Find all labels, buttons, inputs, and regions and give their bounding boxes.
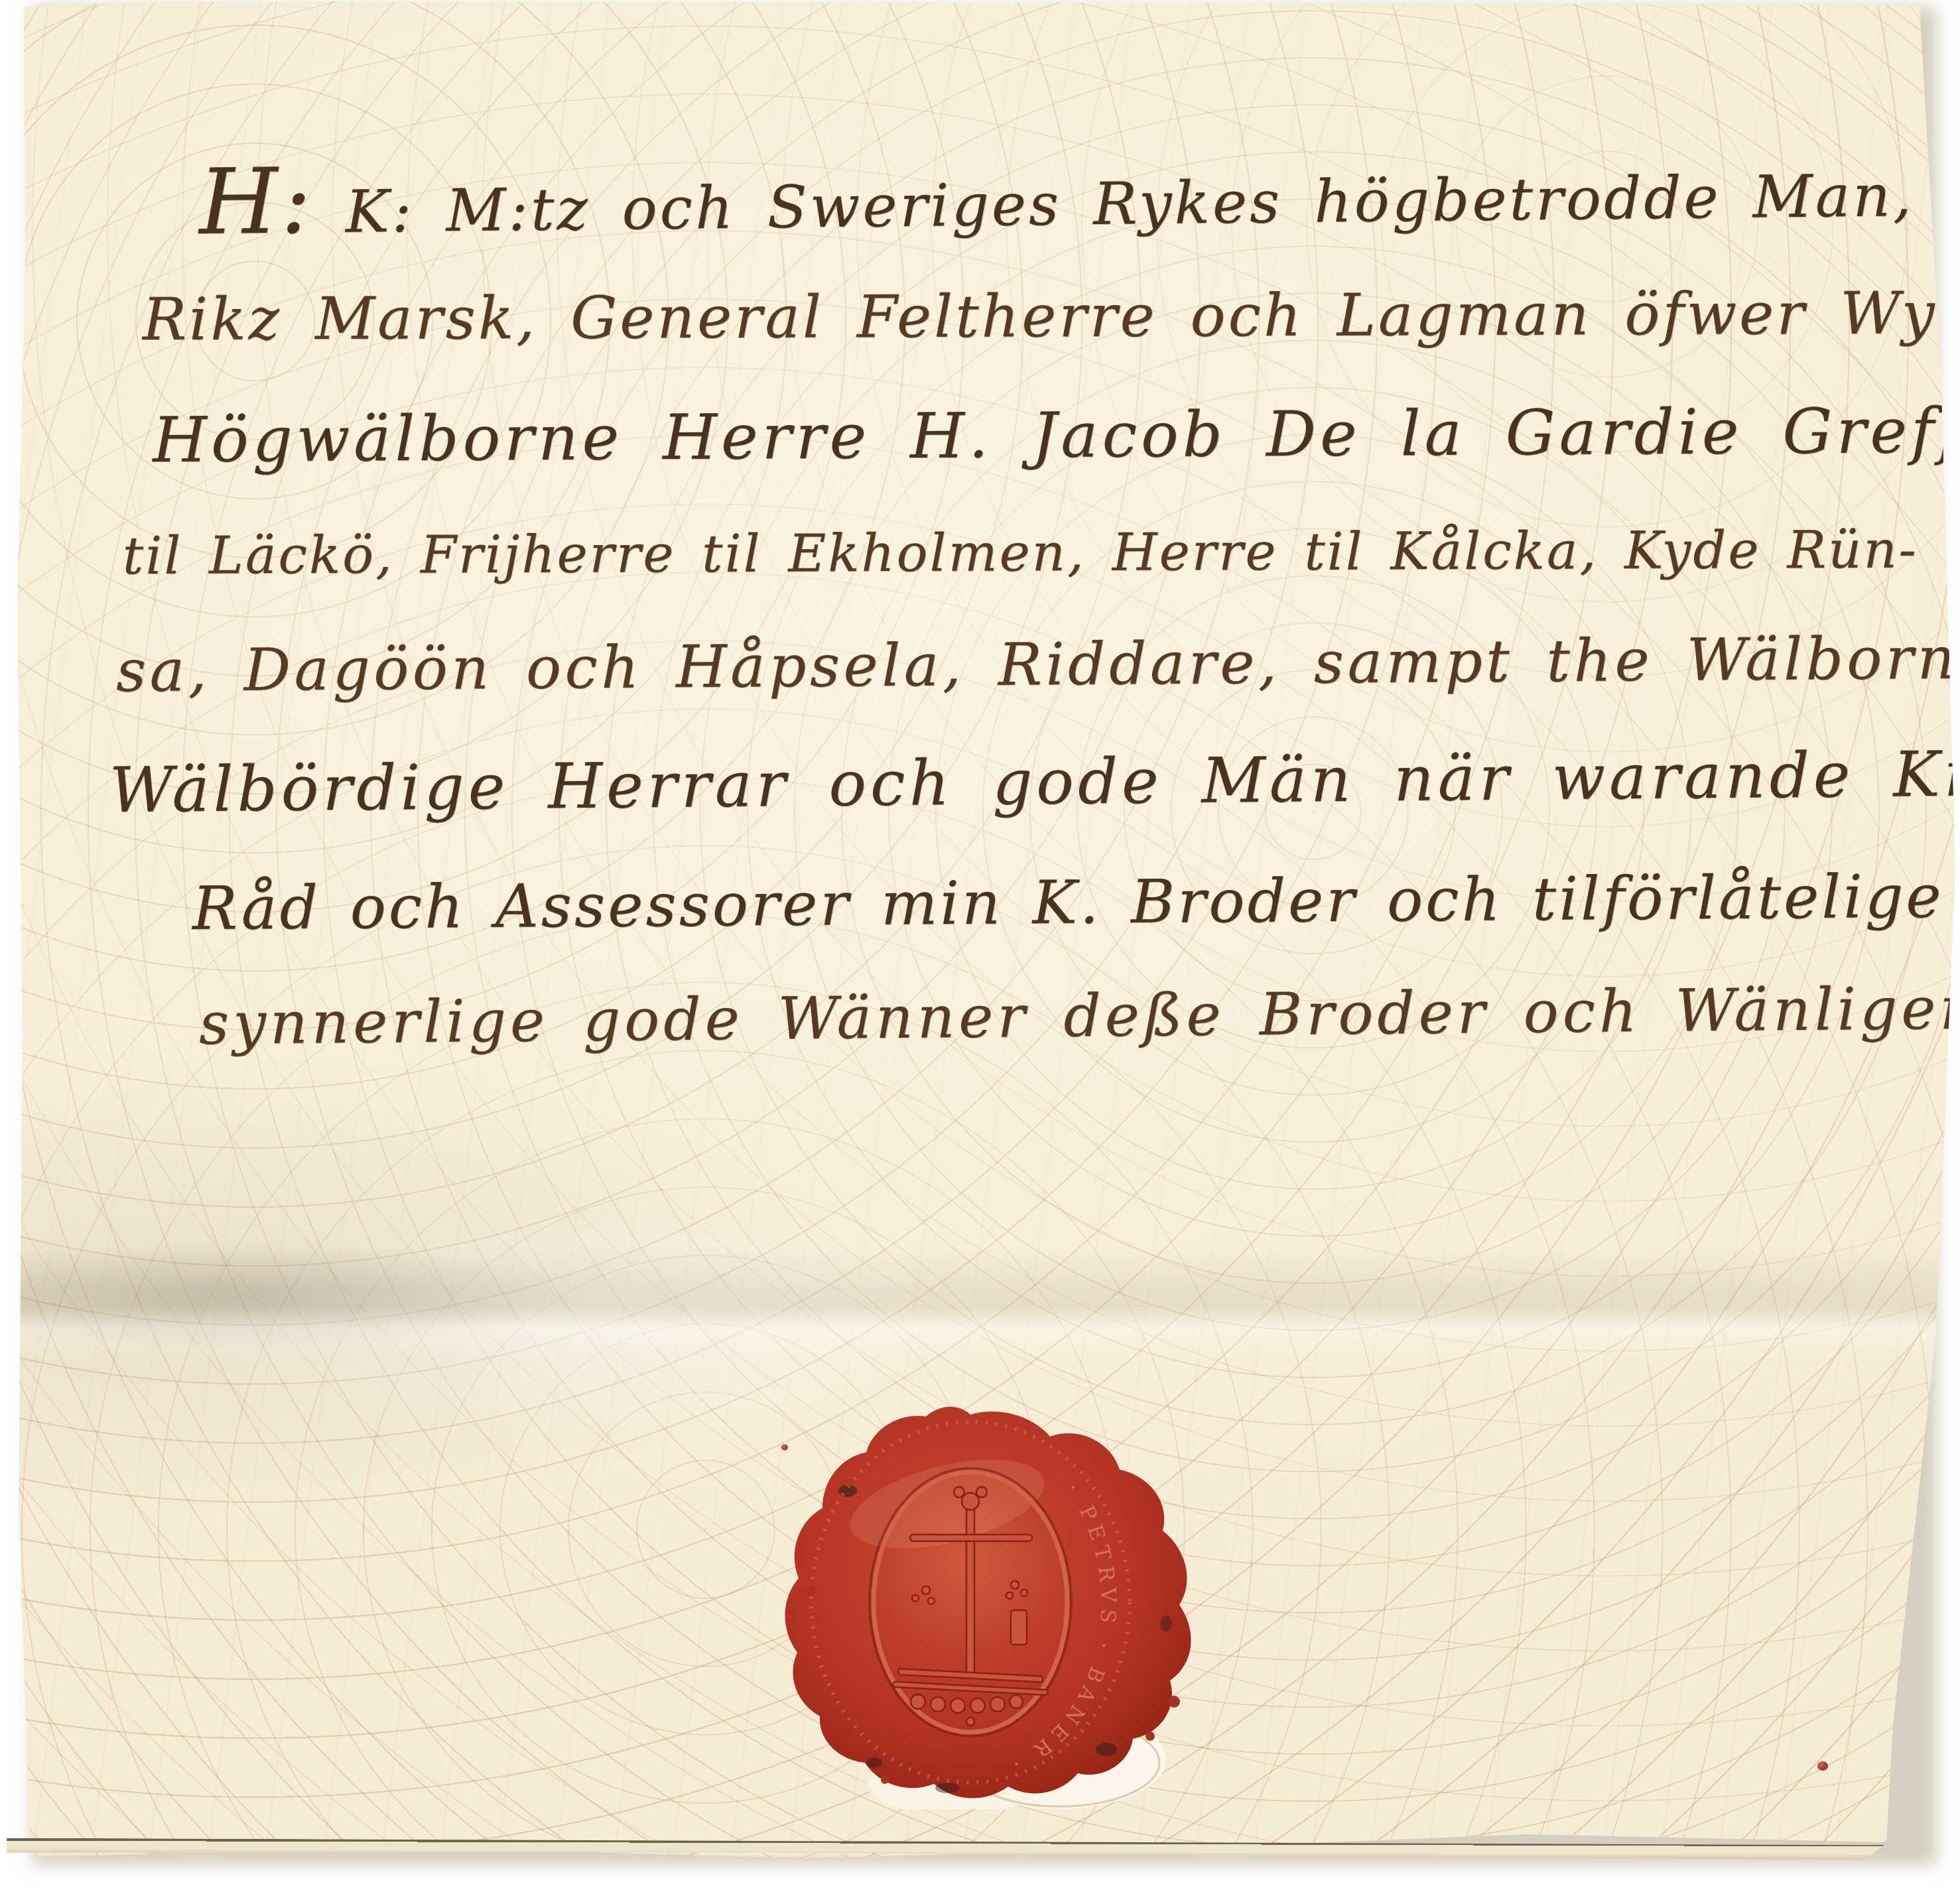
letter-paper: H: K: M:tz och Sweriges Rykes högbetrodd… — [0, 0, 1960, 1888]
wax-droplet — [1817, 1761, 1828, 1771]
manuscript-line: Rikz Marsk, General Feltherre och Lagman… — [143, 284, 1960, 349]
fold-crease-smudge — [13, 1230, 776, 1363]
scanned-letter: H: K: M:tz och Sweriges Rykes högbetrodd… — [0, 0, 1960, 1888]
manuscript-line: til Läckö, Frijherre til Ekholmen, Herre… — [123, 525, 1918, 582]
manuscript-line: Wälbördige Herrar och gode Män när waran… — [109, 743, 1960, 822]
wax-droplet — [781, 1444, 788, 1450]
wax-seal: · PETRVS · BANER · — [748, 1391, 1206, 1809]
manuscript-line: synnerlige gode Wänner deße Broder och W… — [199, 979, 1960, 1053]
manuscript-line: sa, Dagöön och Håpsela, Riddare, sampt t… — [116, 629, 1960, 700]
manuscript-line: H: K: M:tz och Sweriges Rykes högbetrodd… — [198, 138, 1960, 248]
manuscript-line: Råd och Assessorer min K. Broder och til… — [192, 867, 1944, 939]
manuscript-line: Högwälborne Herre H. Jacob De la Gardie … — [153, 400, 1960, 472]
